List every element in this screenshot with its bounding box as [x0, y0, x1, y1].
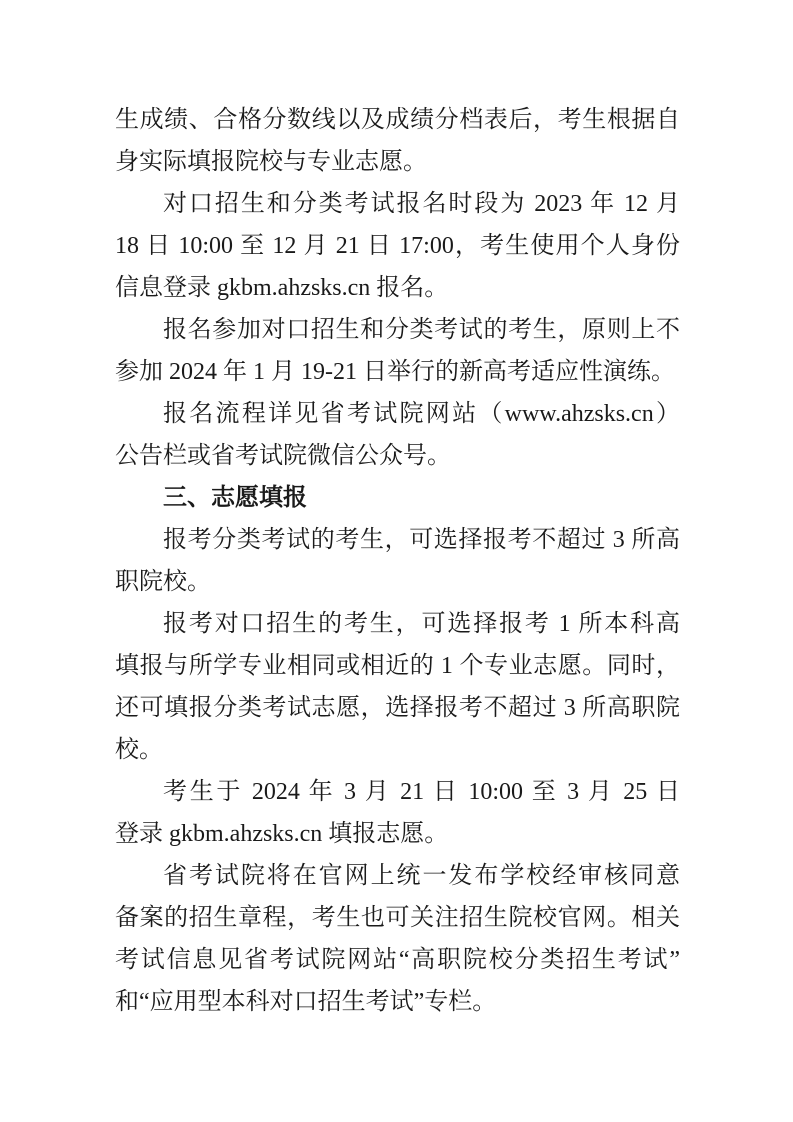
text-line: 18 日 10:00 至 12 月 21 日 17:00，考生使用个人身份: [115, 225, 680, 267]
text-line: 生成绩、合格分数线以及成绩分档表后，考生根据自: [115, 99, 680, 141]
text-line: 校。: [115, 729, 680, 771]
text-line: 公告栏或省考试院微信公众号。: [115, 435, 680, 477]
text-line: 职院校。: [115, 561, 680, 603]
section-heading: 三、志愿填报: [115, 477, 680, 519]
text-line: 考生于 2024 年 3 月 21 日 10:00 至 3 月 25 日 16:…: [115, 771, 680, 813]
document-page: 生成绩、合格分数线以及成绩分档表后，考生根据自身实际填报院校与专业志愿。对口招生…: [0, 0, 793, 1122]
paragraph: 考生于 2024 年 3 月 21 日 10:00 至 3 月 25 日 16:…: [115, 771, 680, 855]
text-line: 登录 gkbm.ahzsks.cn 填报志愿。: [115, 813, 680, 855]
text-line: 考试信息见省考试院网站“高职院校分类招生考试”: [115, 939, 680, 981]
text-line: 信息登录 gkbm.ahzsks.cn 报名。: [115, 267, 680, 309]
text-line: 参加 2024 年 1 月 19-21 日举行的新高考适应性演练。: [115, 351, 680, 393]
paragraph: 生成绩、合格分数线以及成绩分档表后，考生根据自身实际填报院校与专业志愿。: [115, 99, 680, 183]
text-line: 省考试院将在官网上统一发布学校经审核同意: [115, 855, 680, 897]
text-line: 备案的招生章程，考生也可关注招生院校官网。相关: [115, 897, 680, 939]
text-line: 报考对口招生的考生，可选择报考 1 所本科高校，: [115, 603, 680, 645]
text-line: 报考分类考试的考生，可选择报考不超过 3 所高: [115, 519, 680, 561]
paragraph: 报考分类考试的考生，可选择报考不超过 3 所高职院校。: [115, 519, 680, 603]
text-line: 和“应用型本科对口招生考试”专栏。: [115, 981, 680, 1023]
text-line: 报名参加对口招生和分类考试的考生，原则上不: [115, 309, 680, 351]
paragraph: 报考对口招生的考生，可选择报考 1 所本科高校，填报与所学专业相同或相近的 1 …: [115, 603, 680, 771]
text-line: 报名流程详见省考试院网站（www.ahzsks.cn）: [115, 393, 680, 435]
document-body: 生成绩、合格分数线以及成绩分档表后，考生根据自身实际填报院校与专业志愿。对口招生…: [115, 99, 680, 1023]
text-line: 三、志愿填报: [115, 477, 680, 519]
text-line: 填报与所学专业相同或相近的 1 个专业志愿。同时，: [115, 645, 680, 687]
paragraph: 省考试院将在官网上统一发布学校经审核同意备案的招生章程，考生也可关注招生院校官网…: [115, 855, 680, 1023]
paragraph: 报名流程详见省考试院网站（www.ahzsks.cn）公告栏或省考试院微信公众号…: [115, 393, 680, 477]
text-line: 身实际填报院校与专业志愿。: [115, 141, 680, 183]
paragraph: 对口招生和分类考试报名时段为 2023 年 12 月18 日 10:00 至 1…: [115, 183, 680, 309]
text-line: 对口招生和分类考试报名时段为 2023 年 12 月: [115, 183, 680, 225]
paragraph: 报名参加对口招生和分类考试的考生，原则上不参加 2024 年 1 月 19-21…: [115, 309, 680, 393]
text-line: 还可填报分类考试志愿，选择报考不超过 3 所高职院: [115, 687, 680, 729]
